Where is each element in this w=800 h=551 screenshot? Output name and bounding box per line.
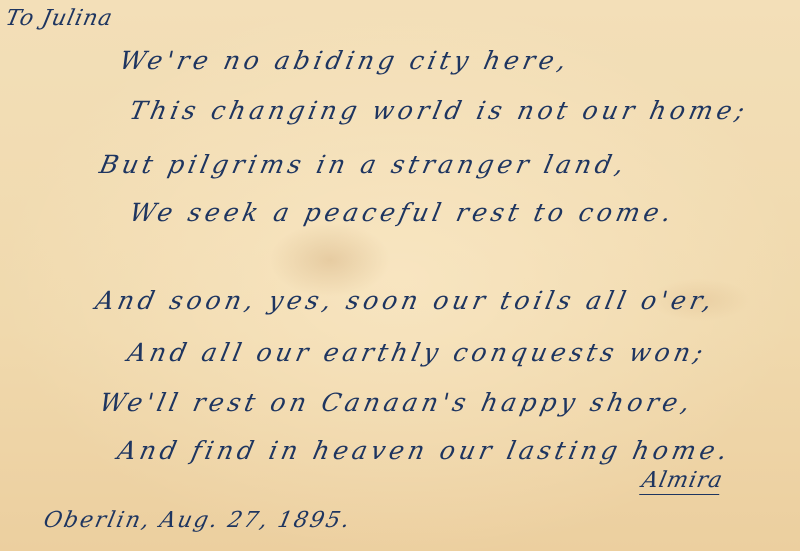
poem-line: We're no abiding city here, [117, 46, 573, 75]
dedication: To Julina [3, 6, 115, 31]
place-date: Oberlin, Aug. 27, 1895. [41, 508, 353, 533]
poem-line: We'll rest on Canaan's happy shore, [97, 388, 697, 417]
poem-line: We seek a peaceful rest to come. [127, 198, 678, 227]
signature: Almira [639, 468, 725, 495]
poem-line: And soon, yes, soon our toils all o'er, [93, 286, 718, 315]
poem-line: This changing world is not our home; [127, 96, 751, 125]
poem-line: And all our earthly conquests won; [125, 338, 710, 367]
handwritten-page: To Julina We're no abiding city here, Th… [0, 0, 800, 551]
poem-line: But pilgrims in a stranger land, [97, 150, 630, 179]
poem-line: And find in heaven our lasting home. [115, 436, 734, 465]
